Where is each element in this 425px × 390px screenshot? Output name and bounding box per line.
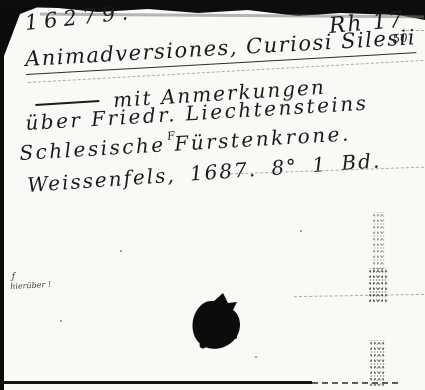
crease-speckle-stain-upper (372, 212, 385, 272)
crease-speckle-stain-dense (368, 268, 388, 302)
pencil-note: ƒ hierüber ! (10, 271, 52, 292)
crease-speckle-stain-lower (369, 340, 386, 386)
insertion-correction-mark: F (166, 130, 175, 142)
paper-speck (120, 250, 122, 252)
scanned-catalog-card: 16279. Rh 17 50 Animadversiones, Curiosi… (0, 0, 425, 390)
ditto-dash-stroke: — (34, 80, 99, 106)
paper-speck (300, 230, 302, 232)
ink-blot-stain (188, 292, 244, 352)
pencil-note-text: hierüber ! (10, 280, 51, 291)
paper-speck (60, 320, 62, 322)
bottom-edge-line (0, 381, 312, 384)
paper-speck (255, 356, 257, 358)
